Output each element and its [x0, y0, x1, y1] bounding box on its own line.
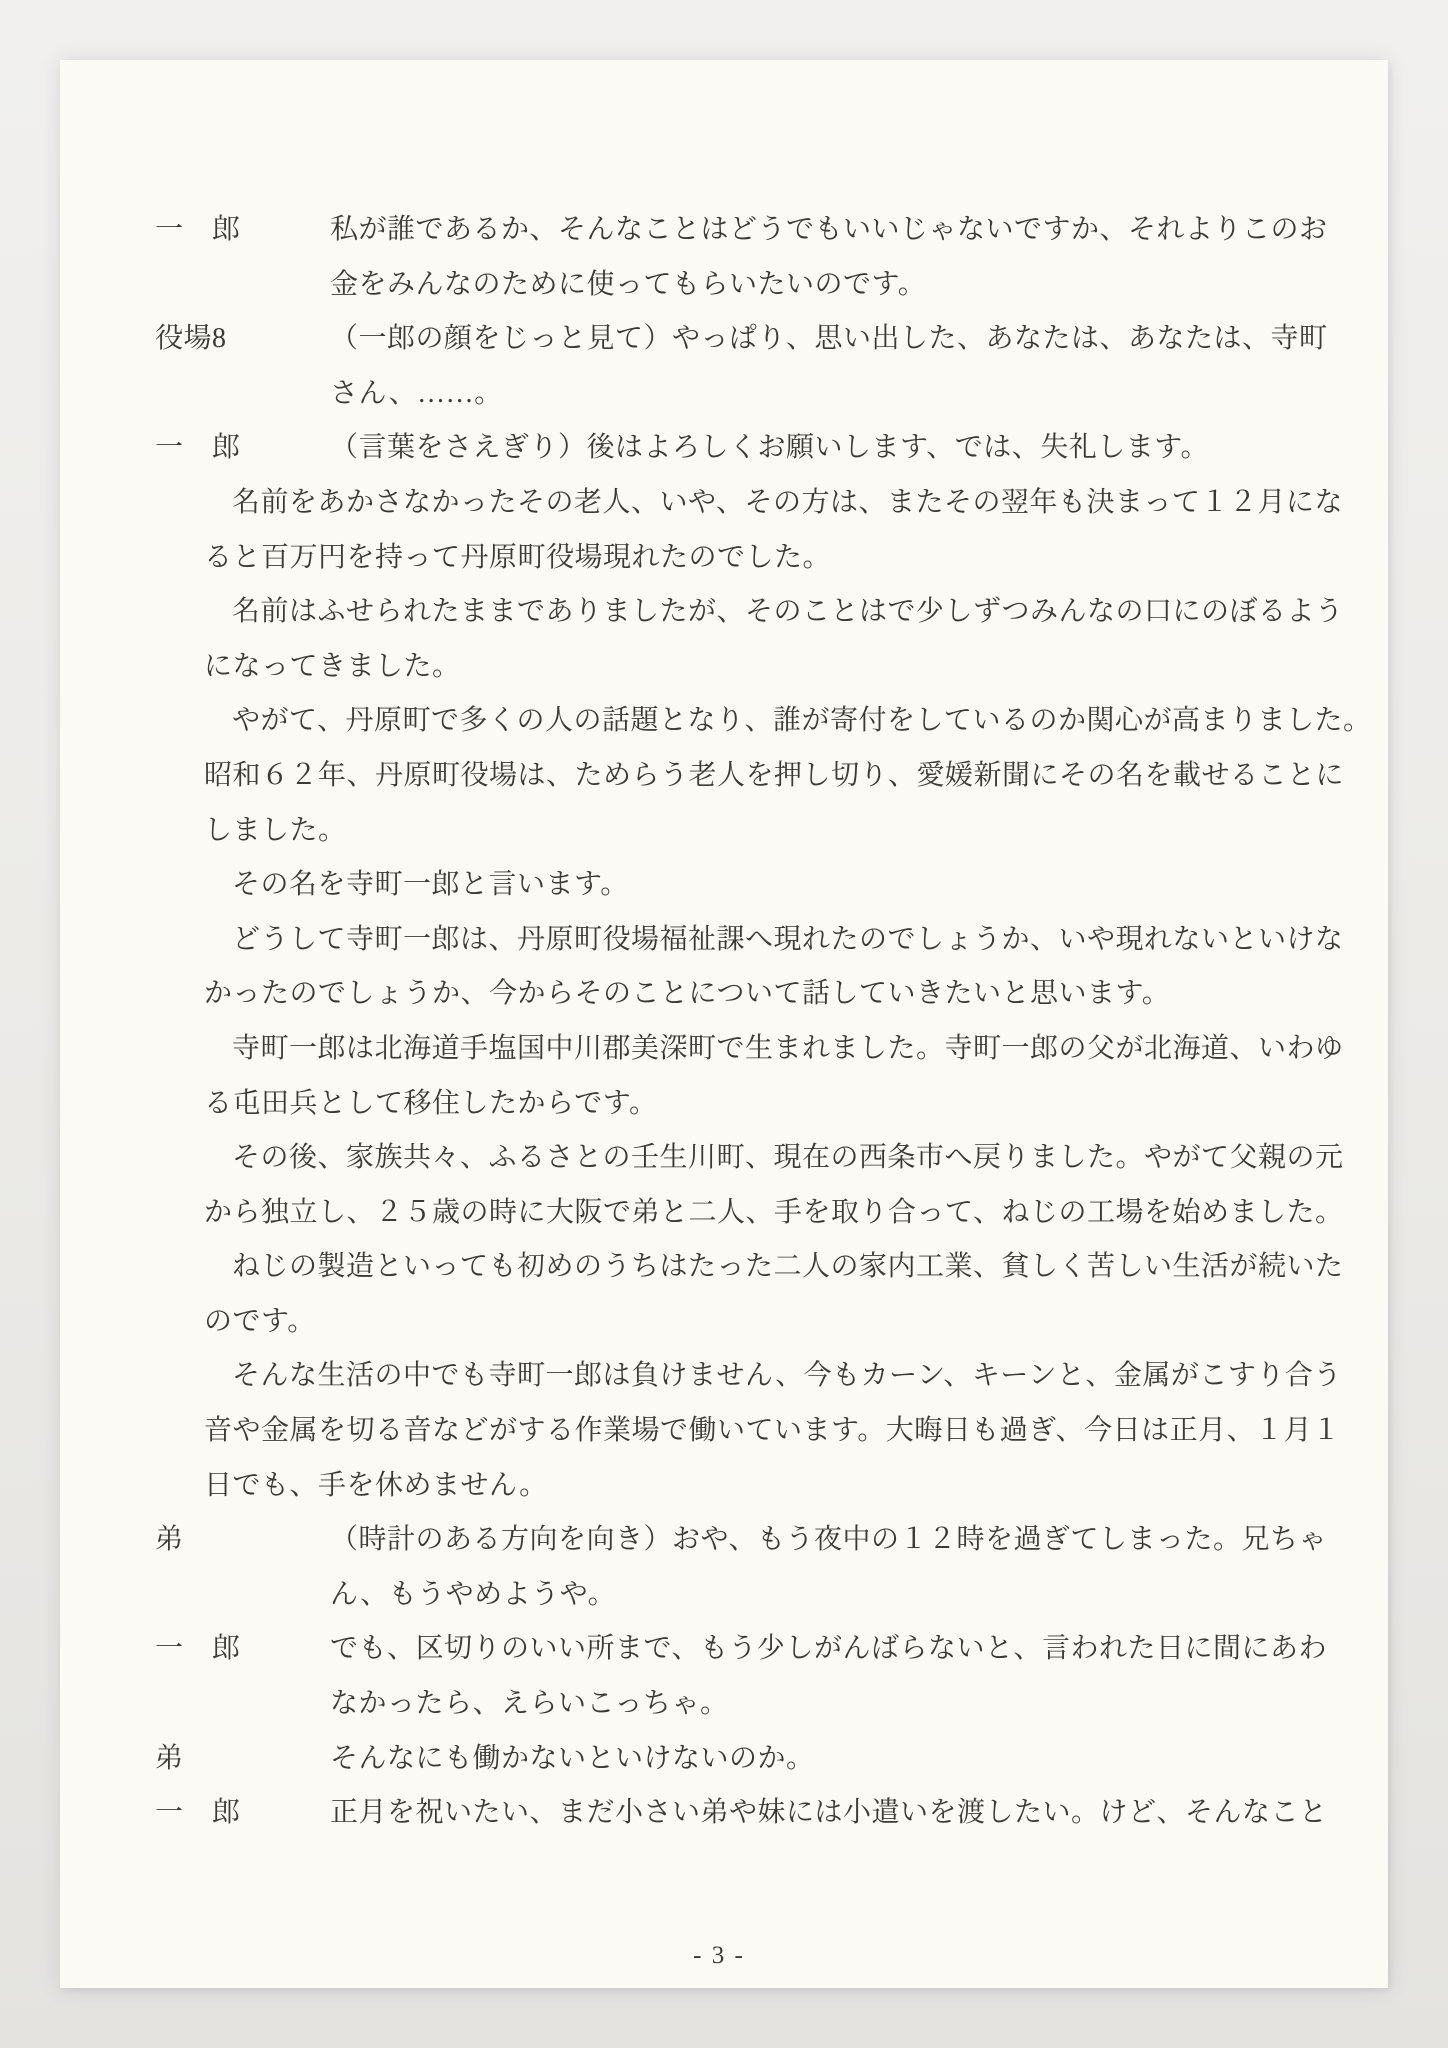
line-text: 正月を祝いたい、まだ小さい弟や妹には小遣いを渡したい。けど、そんなこと [330, 1786, 1328, 1841]
script-line: 名前をあかさなかったその老人、いや、その方は、またその翌年も決まって１２月にな [155, 476, 1300, 531]
speaker-label: 弟 [155, 1513, 184, 1568]
line-text: どうして寺町一郎は、丹原町役場福祉課へ現れたのでしょうか、いや現れないといけな [232, 913, 1344, 968]
script-line: 名前はふせられたままでありましたが、そのことはで少しずつみんなの口にのぼるよう [155, 585, 1300, 640]
line-text: ねじの製造といっても初めのうちはたった二人の家内工業、貧しく苦しい生活が続いた [232, 1240, 1344, 1295]
line-text: 名前をあかさなかったその老人、いや、その方は、またその翌年も決まって１２月にな [232, 476, 1343, 531]
line-text: なかったら、えらいこっちゃ。 [330, 1677, 728, 1732]
script-line: ると百万円を持って丹原町役場現れたのでした。 [155, 531, 1300, 586]
line-text: 寺町一郎は北海道手塩国中川郡美深町で生まれました。寺町一郎の父が北海道、いわゆ [232, 1022, 1344, 1077]
speaker-label: 一 郎 [155, 1622, 241, 1677]
script-line: 役場8（一郎の顔をじっと見て）やっぱり、思い出した、あなたは、あなたは、寺町 [155, 312, 1300, 367]
script-line: る屯田兵として移住したからです。 [155, 1077, 1300, 1132]
line-text: でも、区切りのいい所まで、もう少しがんばらないと、言われた日に間にあわ [330, 1622, 1327, 1677]
line-text: る屯田兵として移住したからです。 [204, 1077, 657, 1132]
script-line: のです。 [155, 1295, 1300, 1350]
line-text: ると百万円を持って丹原町役場現れたのでした。 [204, 531, 831, 586]
script-line: 一 郎でも、区切りのいい所まで、もう少しがんばらないと、言われた日に間にあわ [155, 1622, 1300, 1677]
line-text: 日でも、手を休めません。 [204, 1459, 548, 1514]
line-text: 音や金属を切る音などがする作業場で働いています。大晦日も過ぎ、今日は正月、１月１ [204, 1404, 1341, 1459]
line-text: （時計のある方向を向き）おや、もう夜中の１２時を過ぎてしまった。兄ちゃ [330, 1513, 1327, 1568]
line-text: から独立し、２５歳の時に大阪で弟と二人、手を取り合って、ねじの工場を始めました。 [204, 1186, 1343, 1241]
speaker-label: 一 郎 [155, 421, 241, 476]
line-text: 昭和６２年、丹原町役場は、ためらう老人を押し切り、愛媛新聞にその名を載せることに [204, 749, 1344, 804]
script-line: になってきました。 [155, 640, 1300, 695]
line-text: そんな生活の中でも寺町一郎は負けません、今もカーン、キーンと、金属がこすり合う [232, 1349, 1342, 1404]
speaker-label: 弟 [155, 1732, 184, 1787]
script-line: 金をみんなのために使ってもらいたいのです。 [155, 258, 1300, 313]
speaker-label: 一 郎 [155, 1786, 241, 1841]
script-line: そんな生活の中でも寺町一郎は負けません、今もカーン、キーンと、金属がこすり合う [155, 1349, 1300, 1404]
script-line: 弟（時計のある方向を向き）おや、もう夜中の１２時を過ぎてしまった。兄ちゃ [155, 1513, 1300, 1568]
page-number: - 3 - [60, 1942, 1378, 1970]
script-line: その名を寺町一郎と言います。 [155, 858, 1300, 913]
line-text: かったのでしょうか、今からそのことについて話していきたいと思います。 [204, 967, 1170, 1022]
script-line: どうして寺町一郎は、丹原町役場福祉課へ現れたのでしょうか、いや現れないといけな [155, 913, 1300, 968]
line-text: さん、……。 [330, 367, 503, 422]
line-text: しました。 [204, 804, 347, 859]
script-line: しました。 [155, 804, 1300, 859]
speaker-label: 一 郎 [155, 203, 241, 258]
line-text: になってきました。 [204, 640, 461, 695]
script-line: 一 郎私が誰であるか、そんなことはどうでもいいじゃないですか、それよりこのお [155, 203, 1300, 258]
line-text: 私が誰であるか、そんなことはどうでもいいじゃないですか、それよりこのお [330, 203, 1328, 258]
script-line: 昭和６２年、丹原町役場は、ためらう老人を押し切り、愛媛新聞にその名を載せることに [155, 749, 1300, 804]
line-text: そんなにも働かないといけないのか。 [330, 1732, 815, 1787]
script-line: かったのでしょうか、今からそのことについて話していきたいと思います。 [155, 967, 1300, 1022]
line-text: 金をみんなのために使ってもらいたいのです。 [330, 258, 926, 313]
line-text: やがて、丹原町で多くの人の話題となり、誰が寄付をしているのか関心が高まりました。 [232, 694, 1371, 749]
script-line: 日でも、手を休めません。 [155, 1459, 1300, 1514]
script-line: 一 郎（言葉をさえぎり）後はよろしくお願いします、では、失礼します。 [155, 421, 1300, 476]
script-line: 一 郎正月を祝いたい、まだ小さい弟や妹には小遣いを渡したい。けど、そんなこと [155, 1786, 1300, 1841]
script-line: なかったら、えらいこっちゃ。 [155, 1677, 1300, 1732]
script-line: その後、家族共々、ふるさとの壬生川町、現在の西条市へ戻りました。やがて父親の元 [155, 1131, 1300, 1186]
line-text: ん、もうやめようや。 [330, 1568, 616, 1623]
script-line: から独立し、２５歳の時に大阪で弟と二人、手を取り合って、ねじの工場を始めました。 [155, 1186, 1300, 1241]
line-text: （言葉をさえぎり）後はよろしくお願いします、では、失礼します。 [330, 421, 1209, 476]
script-line: 音や金属を切る音などがする作業場で働いています。大晦日も過ぎ、今日は正月、１月１ [155, 1404, 1300, 1459]
document-page: 一 郎私が誰であるか、そんなことはどうでもいいじゃないですか、それよりこのお金を… [60, 60, 1388, 1988]
line-text: 名前はふせられたままでありましたが、そのことはで少しずつみんなの口にのぼるよう [232, 585, 1344, 640]
speaker-label: 役場8 [155, 312, 227, 367]
script-line: ねじの製造といっても初めのうちはたった二人の家内工業、貧しく苦しい生活が続いた [155, 1240, 1300, 1295]
script-line: やがて、丹原町で多くの人の話題となり、誰が寄付をしているのか関心が高まりました。 [155, 694, 1300, 749]
line-text: その後、家族共々、ふるさとの壬生川町、現在の西条市へ戻りました。やがて父親の元 [232, 1131, 1344, 1186]
script-line: 寺町一郎は北海道手塩国中川郡美深町で生まれました。寺町一郎の父が北海道、いわゆ [155, 1022, 1300, 1077]
line-text: のです。 [204, 1295, 316, 1350]
script-text-area: 一 郎私が誰であるか、そんなことはどうでもいいじゃないですか、それよりこのお金を… [155, 203, 1300, 1841]
line-text: （一郎の顔をじっと見て）やっぱり、思い出した、あなたは、あなたは、寺町 [330, 312, 1328, 367]
script-line: さん、……。 [155, 367, 1300, 422]
line-text: その名を寺町一郎と言います。 [232, 858, 629, 913]
script-line: 弟そんなにも働かないといけないのか。 [155, 1732, 1300, 1787]
script-line: ん、もうやめようや。 [155, 1568, 1300, 1623]
